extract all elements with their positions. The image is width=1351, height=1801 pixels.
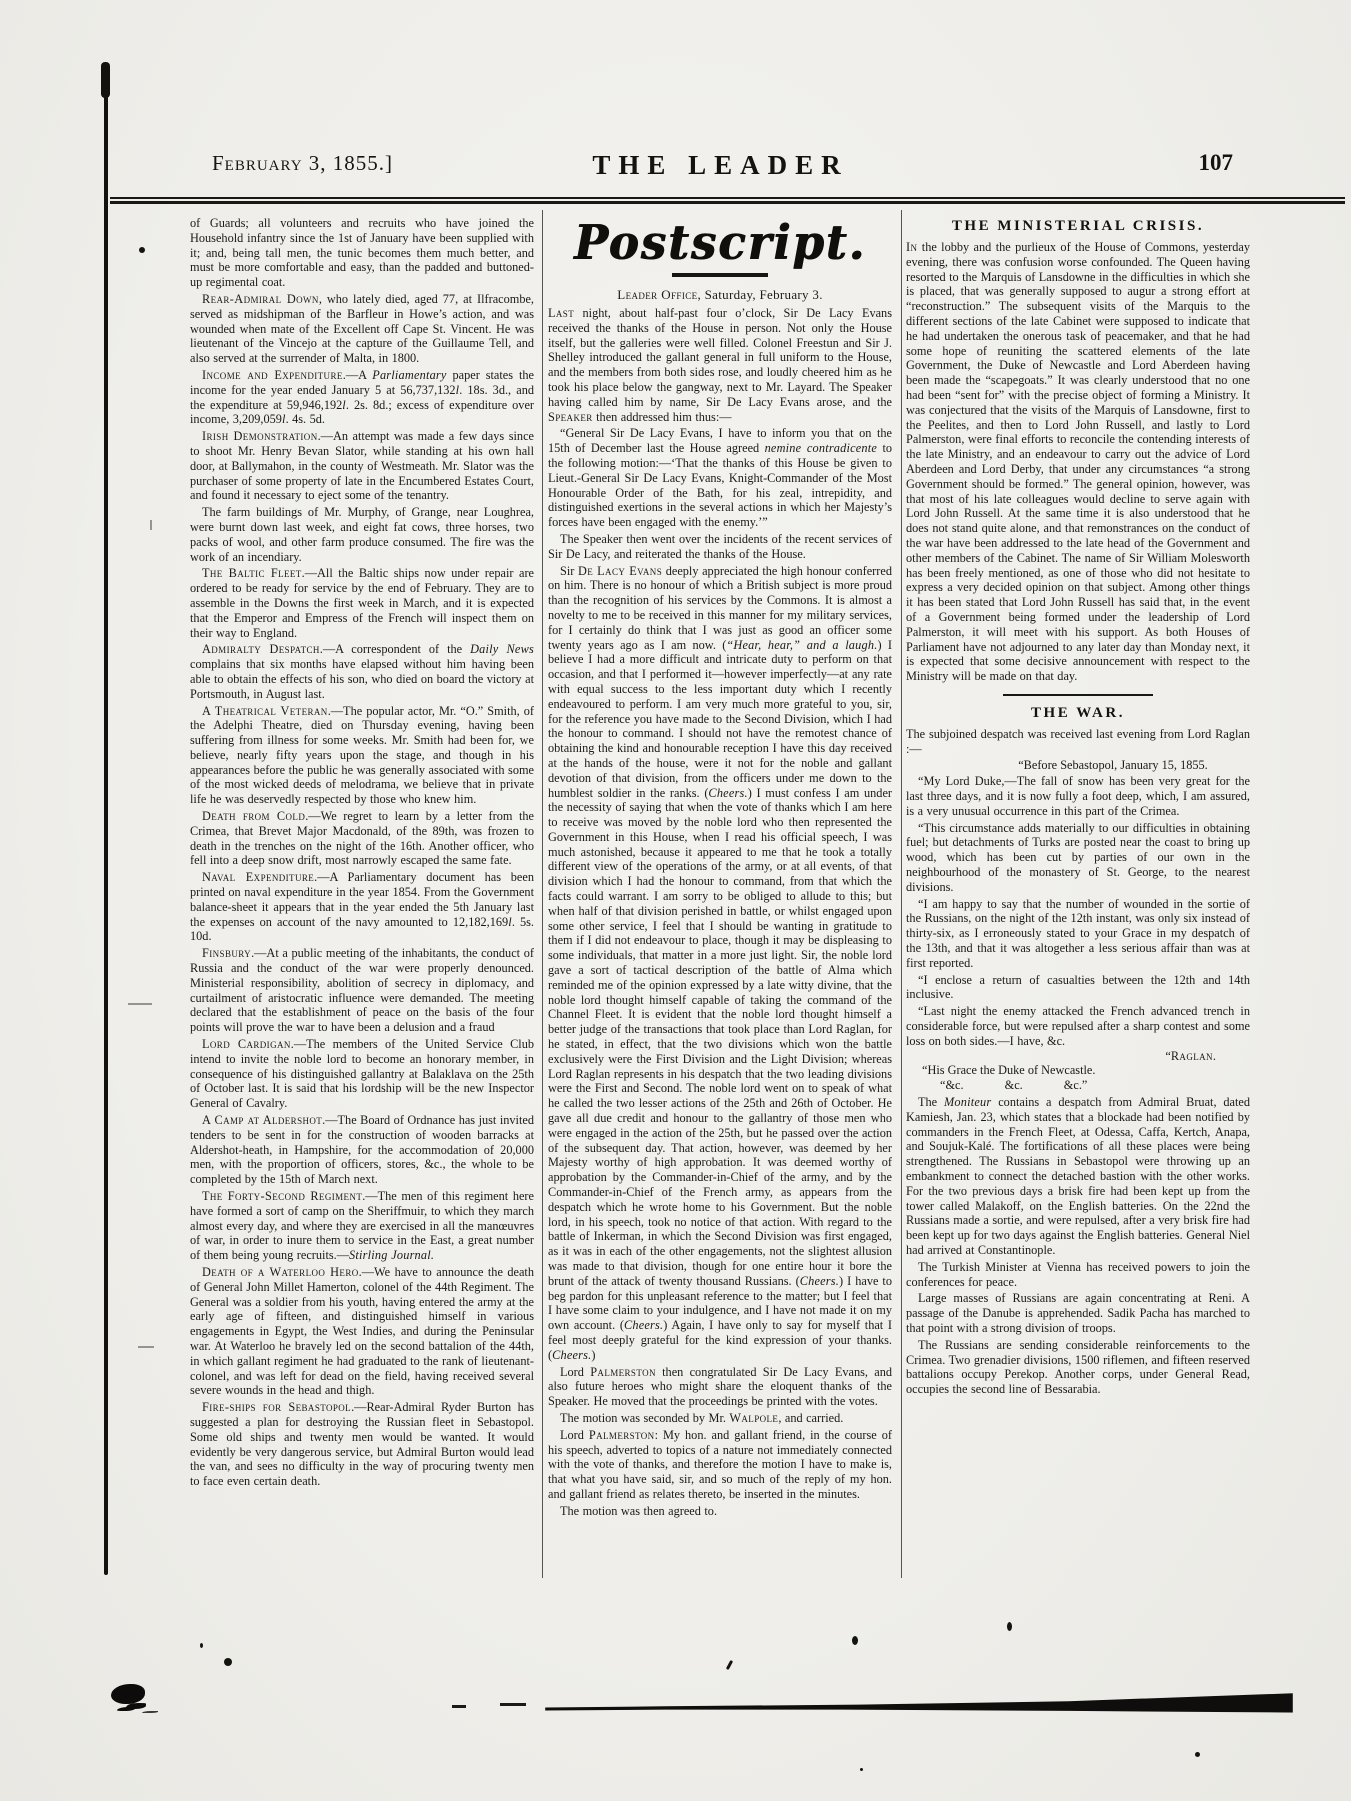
article-paragraph: A Theatrical Veteran.—The popular actor,…: [190, 704, 534, 808]
postscript-column: Postscript.Leader Office, Saturday, Febr…: [548, 214, 892, 1519]
ink-speck: [224, 1658, 232, 1666]
article-paragraph: “I am happy to say that the number of wo…: [906, 897, 1250, 971]
ink-speck: [852, 1636, 858, 1645]
article-paragraph: Lord Cardigan.—The members of the United…: [190, 1037, 534, 1111]
article-paragraph: Finsbury.—At a public meeting of the inh…: [190, 946, 534, 1035]
page-number: 107: [1199, 150, 1252, 176]
article-heading: THE MINISTERIAL CRISIS.: [906, 218, 1250, 235]
article-paragraph: Lord Palmerston: My hon. and gallant fri…: [548, 1428, 892, 1502]
despatch-address: “&c. &c. &c.”: [906, 1078, 1250, 1093]
dateline: Leader Office, Saturday, February 3.: [548, 287, 892, 303]
ink-speck: [860, 1768, 863, 1771]
ink-speck: [139, 247, 145, 253]
despatch-dateline: “Before Sebastopol, January 15, 1855.: [906, 758, 1250, 773]
article-paragraph: A Camp at Aldershot.—The Board of Ordnan…: [190, 1113, 534, 1187]
article-paragraph: Death from Cold.—We regret to learn by a…: [190, 809, 534, 868]
article-paragraph: The farm buildings of Mr. Murphy, of Gra…: [190, 505, 534, 564]
bottom-smudge: [545, 1692, 1293, 1713]
article-paragraph: The Moniteur contains a despatch from Ad…: [906, 1095, 1250, 1258]
despatch-address: “His Grace the Duke of Newcastle.: [906, 1063, 1250, 1078]
issue-date: February 3, 1855.]: [190, 151, 393, 176]
ink-speck: [726, 1660, 733, 1670]
article-paragraph: Last night, about half-past four o’clock…: [548, 306, 892, 424]
article-paragraph: In the lobby and the purlieux of the Hou…: [906, 240, 1250, 684]
ink-blot: [111, 1684, 145, 1704]
postscript-masthead: Postscript.: [548, 214, 892, 270]
smudge-dash: [500, 1703, 526, 1706]
article-paragraph: “Last night the enemy attacked the Frenc…: [906, 1004, 1250, 1048]
article-paragraph: The subjoined despatch was received last…: [906, 727, 1250, 757]
article-paragraph: Death of a Waterloo Hero.—We have to ann…: [190, 1265, 534, 1398]
masthead-rule: [672, 273, 768, 277]
article-paragraph: The Forty-Second Regiment.—The men of th…: [190, 1189, 534, 1263]
article-paragraph: “I enclose a return of casualties betwee…: [906, 973, 1250, 1003]
margin-mark: [128, 1003, 152, 1005]
article-paragraph: Naval Expenditure.—A Parliamentary docum…: [190, 870, 534, 944]
columns-container: of Guards; all volunteers and recruits w…: [190, 214, 1251, 1519]
article-paragraph: Fire-ships for Sebastopol.—Rear-Admiral …: [190, 1400, 534, 1489]
page-header: February 3, 1855.] THE LEADER 107: [190, 150, 1251, 194]
scan-edge-line: [104, 70, 108, 1575]
ministerial-crisis-war-column: THE MINISTERIAL CRISIS.In the lobby and …: [906, 214, 1250, 1519]
ink-speck: [200, 1643, 203, 1648]
article-paragraph: The motion was then agreed to.: [548, 1504, 892, 1519]
article-paragraph: Irish Demonstration.—An attempt was made…: [190, 429, 534, 503]
newspaper-page: February 3, 1855.] THE LEADER 107 of Gua…: [0, 0, 1351, 1801]
margin-mark: [150, 520, 152, 530]
paper-title: THE LEADER: [592, 150, 848, 181]
article-paragraph: Sir De Lacy Evans deeply appreciated the…: [548, 564, 892, 1363]
article-paragraph: The motion was seconded by Mr. Walpole, …: [548, 1411, 892, 1426]
article-paragraph: Lord Palmerston then congratulated Sir D…: [548, 1365, 892, 1409]
article-paragraph: Rear-Admiral Down, who lately died, aged…: [190, 292, 534, 366]
article-paragraph: Income and Expenditure.—A Parliamentary …: [190, 368, 534, 427]
article-paragraph: “This circumstance adds materially to ou…: [906, 821, 1250, 895]
ink-speck: [1007, 1622, 1012, 1631]
article-heading: THE WAR.: [906, 705, 1250, 722]
article-paragraph: Large masses of Russians are again conce…: [906, 1291, 1250, 1335]
article-paragraph: The Speaker then went over the incidents…: [548, 532, 892, 562]
despatch-signature: “Raglan.: [906, 1049, 1250, 1064]
article-paragraph: The Russians are sending considerable re…: [906, 1338, 1250, 1397]
header-double-rule: [110, 197, 1345, 204]
section-separator-rule: [1003, 694, 1153, 696]
article-paragraph: “My Lord Duke,—The fall of snow has been…: [906, 774, 1250, 818]
ink-speck: [1195, 1752, 1200, 1757]
smudge-dash: [452, 1705, 466, 1708]
news-briefs-column: of Guards; all volunteers and recruits w…: [190, 214, 534, 1519]
margin-mark: [138, 1346, 154, 1348]
article-paragraph: “General Sir De Lacy Evans, I have to in…: [548, 426, 892, 530]
article-paragraph: of Guards; all volunteers and recruits w…: [190, 216, 534, 290]
article-paragraph: The Baltic Fleet.—All the Baltic ships n…: [190, 566, 534, 640]
article-paragraph: Admiralty Despatch.—A correspondent of t…: [190, 642, 534, 701]
article-paragraph: The Turkish Minister at Vienna has recei…: [906, 1260, 1250, 1290]
